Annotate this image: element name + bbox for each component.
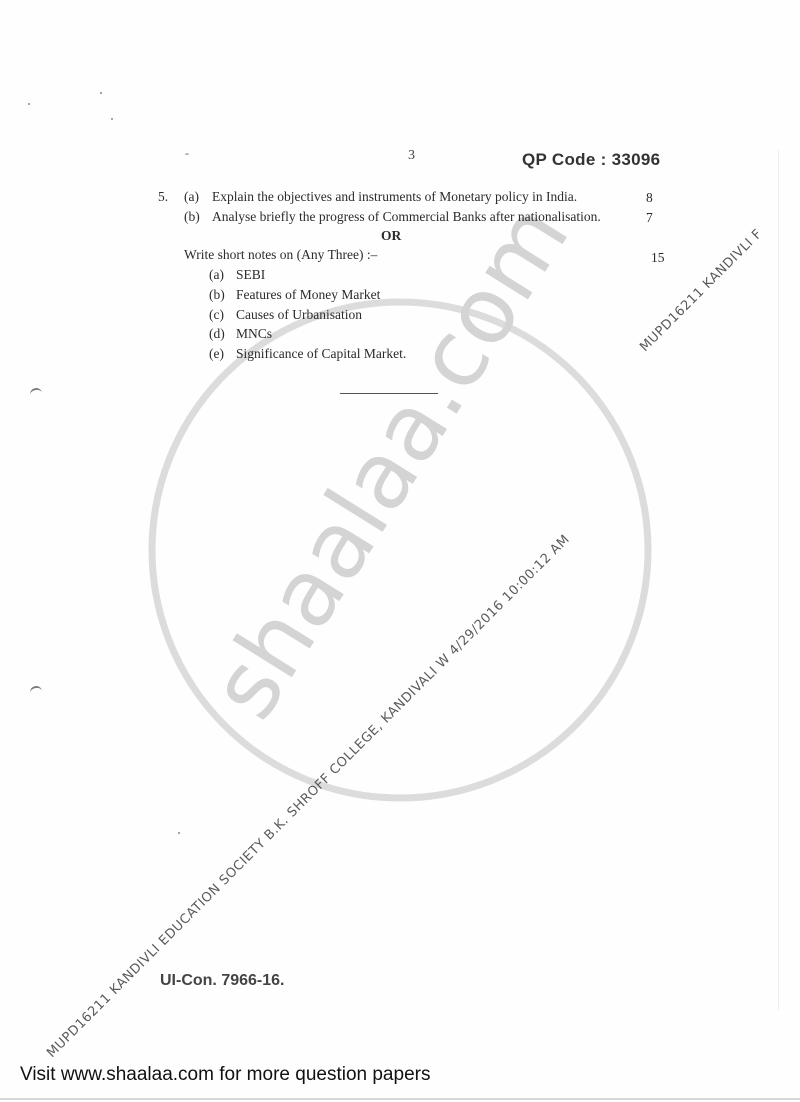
promo-link[interactable]: Visit www.shaalaa.com for more question … [20,1064,430,1086]
part-label: (a) [184,189,199,205]
part-marks: 8 [646,190,653,206]
question-paper-page: shaalaa.com MUPD16211 KANDIVLI EDUCATION… [0,0,800,1102]
watermark: shaalaa.com MUPD16211 KANDIVLI EDUCATION… [0,0,800,1102]
page-edge [778,150,779,1010]
page-number: 3 [408,148,415,164]
watermark-circle [152,302,648,798]
scan-speck [178,832,180,834]
note-text: Features of Money Market [236,287,380,303]
watermark-stamp-repeat: MUPD16211 KANDIVLI F [637,227,765,355]
part-marks: 7 [646,210,653,226]
note-text: SEBI [236,267,265,283]
alternative-marks: 15 [651,250,665,266]
scan-speck [100,92,102,94]
scan-speck [111,118,113,120]
note-text: MNCs [236,326,272,342]
note-label: (e) [209,346,224,362]
page-bottom-edge [0,1098,800,1100]
qp-code: QP Code : 33096 [522,150,660,170]
end-rule [340,393,438,394]
mark: - [185,146,189,161]
alternative-instruction: Write short notes on (Any Three) :– [184,247,377,263]
note-label: (d) [209,326,225,342]
note-label: (b) [209,287,225,303]
note-text: Causes of Urbanisation [236,307,362,323]
or-divider: OR [381,228,401,244]
hole-punch-mark [29,685,43,697]
footer-code: UI-Con. 7966-16. [160,972,284,990]
part-label: (b) [184,209,200,225]
hole-punch-mark [29,387,43,399]
note-text: Significance of Capital Market. [236,346,406,362]
watermark-stamp: MUPD16211 KANDIVLI EDUCATION SOCIETY B.K… [44,532,573,1061]
scan-speck [28,103,30,105]
note-label: (c) [209,307,224,323]
part-text: Analyse briefly the progress of Commerci… [212,209,601,225]
part-text: Explain the objectives and instruments o… [212,189,577,205]
question-number: 5. [158,189,168,205]
note-label: (a) [209,267,224,283]
